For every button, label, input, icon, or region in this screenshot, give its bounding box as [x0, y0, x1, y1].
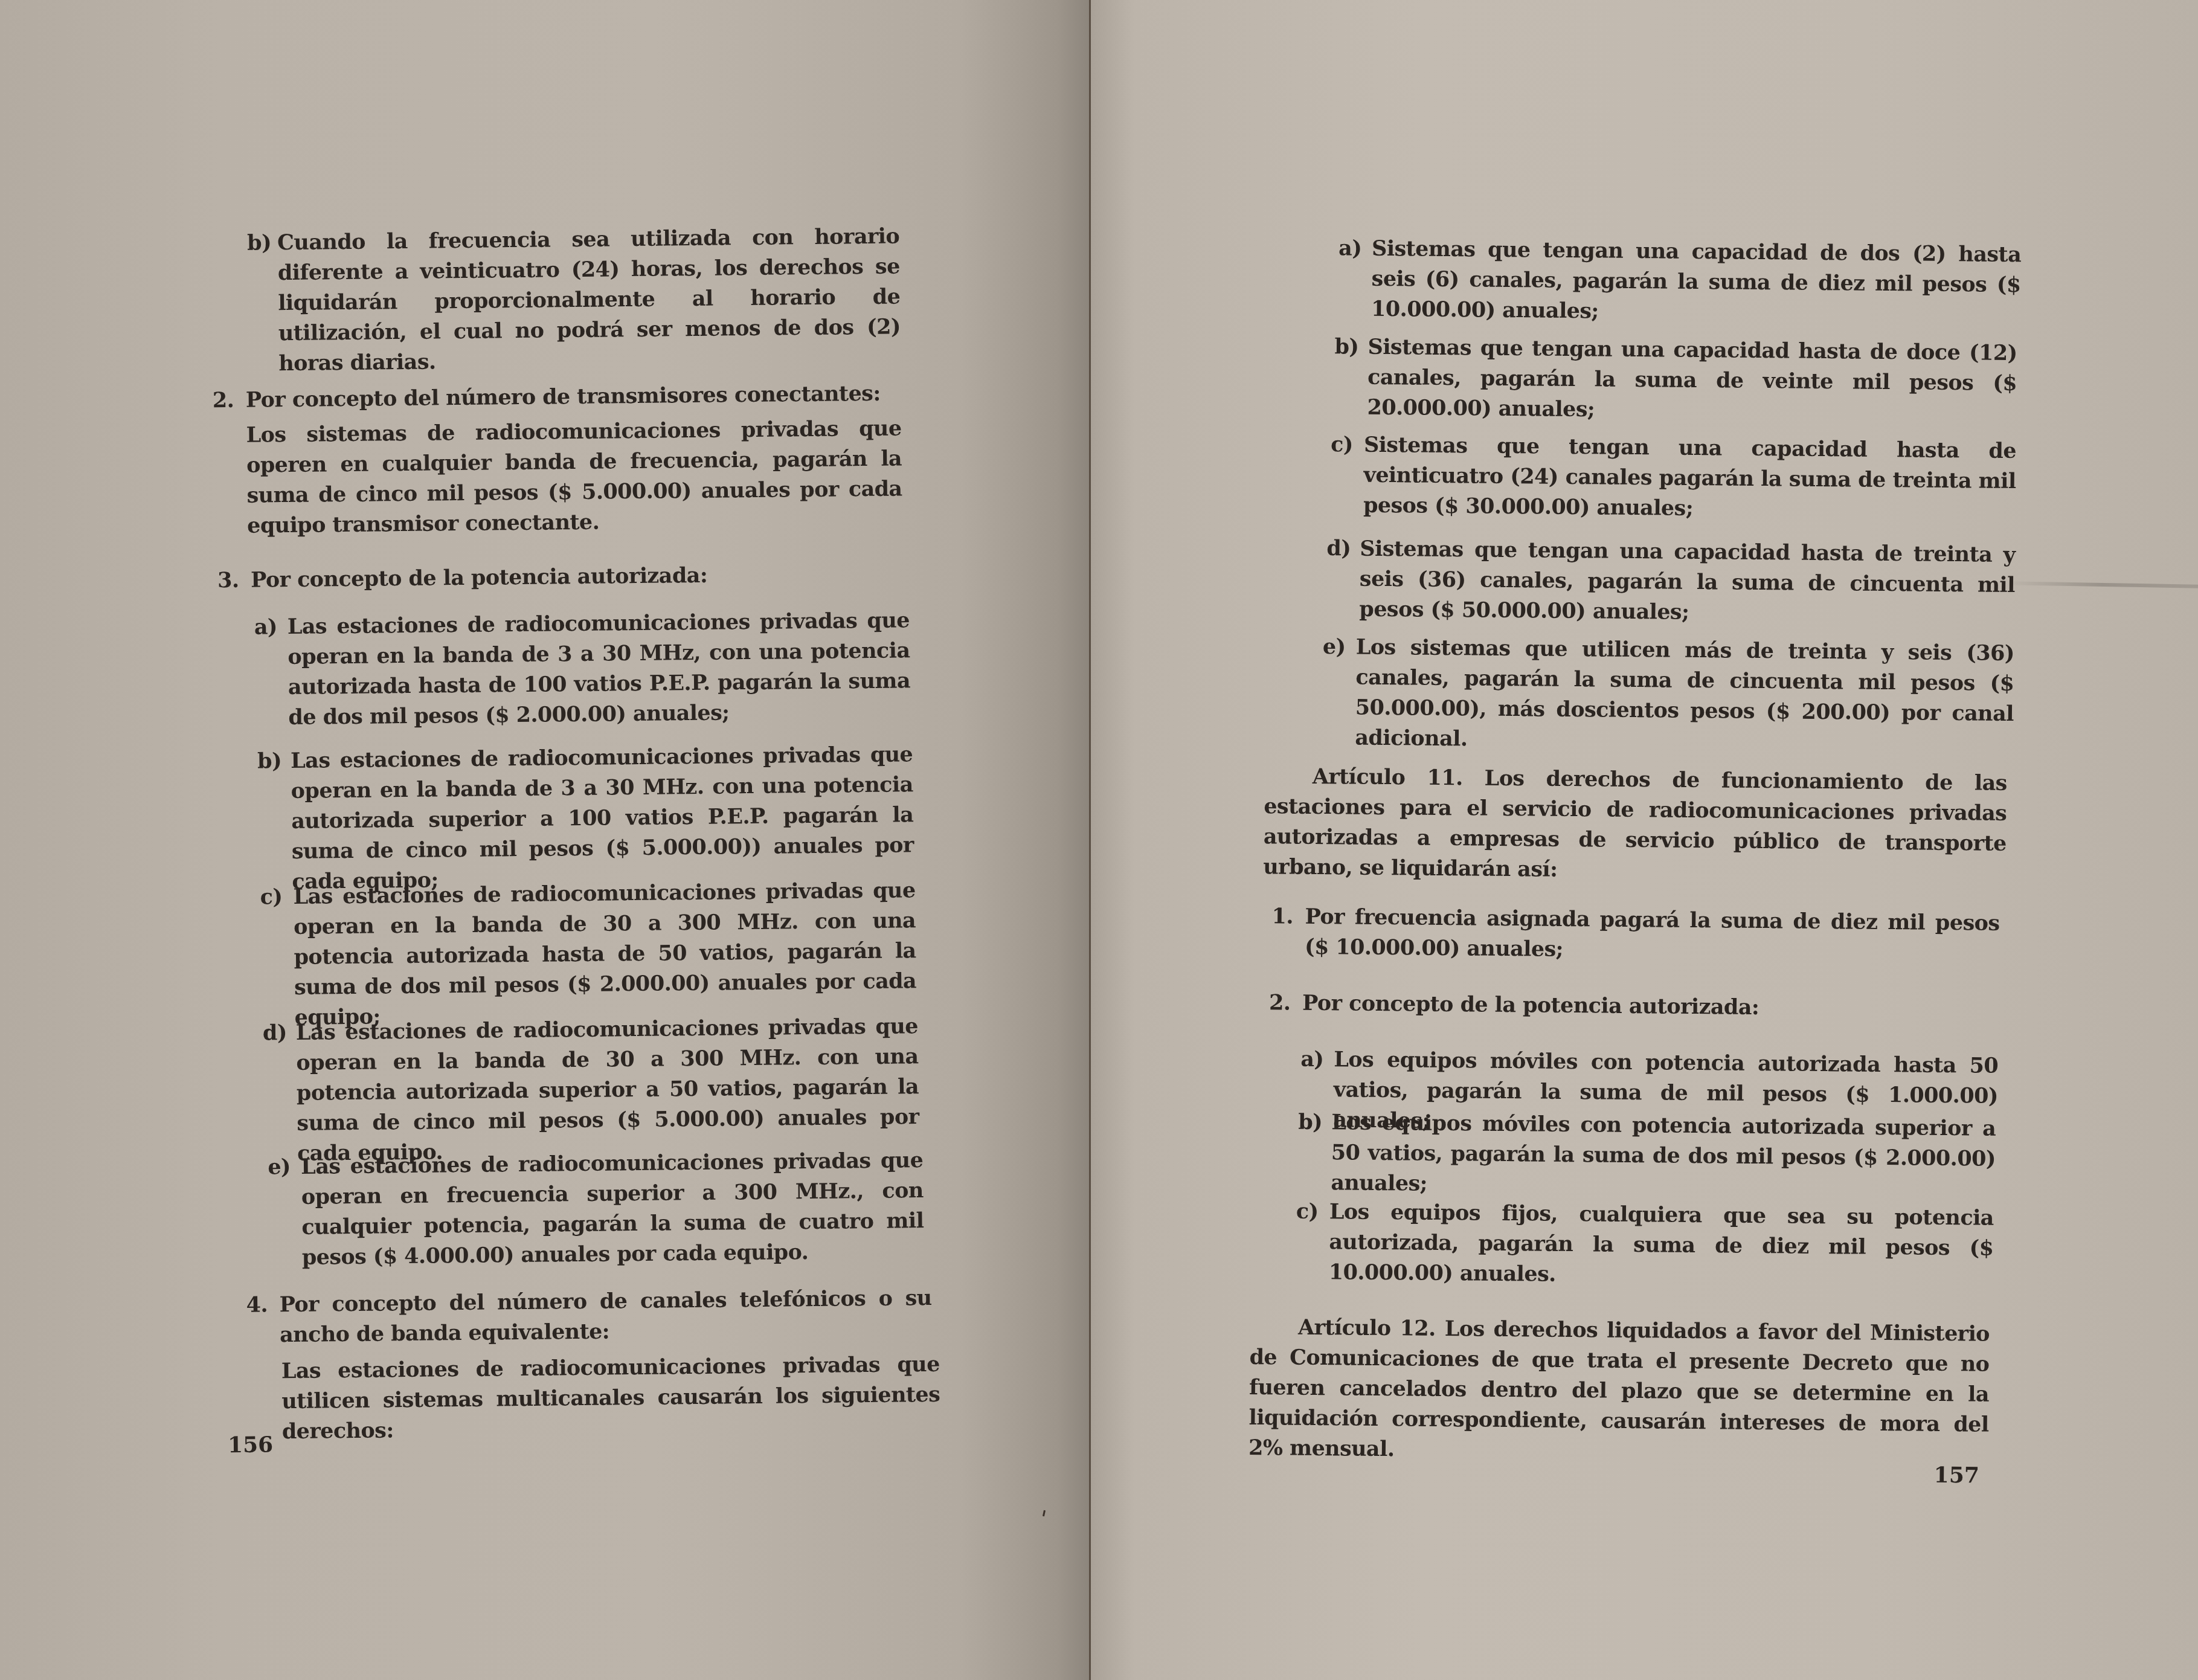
list-item: e) Las estaciones de radiocomunicaciones…	[301, 1145, 924, 1273]
articulo-11: Artículo 11. Los derechos de funcionamie…	[1263, 761, 2007, 889]
paragraph: Los sistemas de radiocomunicaciones priv…	[246, 413, 902, 541]
list-item: d) Las estaciones de radiocomunicaciones…	[296, 1011, 920, 1169]
list-item: c) Los equipos fijos, cualquiera que sea…	[1329, 1197, 1994, 1294]
book-gutter	[1089, 0, 1091, 1680]
list-item: b) Las estaciones de radiocomunicaciones…	[291, 739, 914, 897]
articulo-12: Artículo 12. Los derechos liquidados a f…	[1248, 1312, 1990, 1470]
article-heading: Artículo 12.	[1298, 1315, 1436, 1341]
list-item: b) Los equipos móviles con potencia auto…	[1331, 1107, 1996, 1205]
page-number: 157	[1934, 1463, 1980, 1489]
list-item: d) Sistemas que tengan una capacidad has…	[1359, 534, 2015, 631]
list-item: 4. Por concepto del número de canales te…	[279, 1283, 932, 1350]
paragraph: Las estaciones de radiocomunicaciones pr…	[281, 1350, 941, 1447]
list-item: 1. Por frecuencia asignada pagará la sum…	[1305, 902, 2000, 969]
list-item: c) Las estaciones de radiocomunicaciones…	[293, 875, 917, 1033]
article-heading: Artículo 11.	[1313, 764, 1463, 790]
list-item: e) Los sistemas que utilicen más de trei…	[1355, 632, 2014, 759]
list-item: a) Sistemas que tengan una capacidad de …	[1371, 234, 2021, 330]
list-item: c) Sistemas que tengan una capacidad has…	[1363, 430, 2016, 527]
list-item: b) Sistemas que tengan una capacidad has…	[1367, 332, 2017, 429]
list-item: a) Las estaciones de radiocomunicaciones…	[288, 605, 911, 733]
page-number: 156	[228, 1432, 274, 1458]
list-item: b) Cuando la frecuencia sea utilizada co…	[277, 221, 901, 379]
